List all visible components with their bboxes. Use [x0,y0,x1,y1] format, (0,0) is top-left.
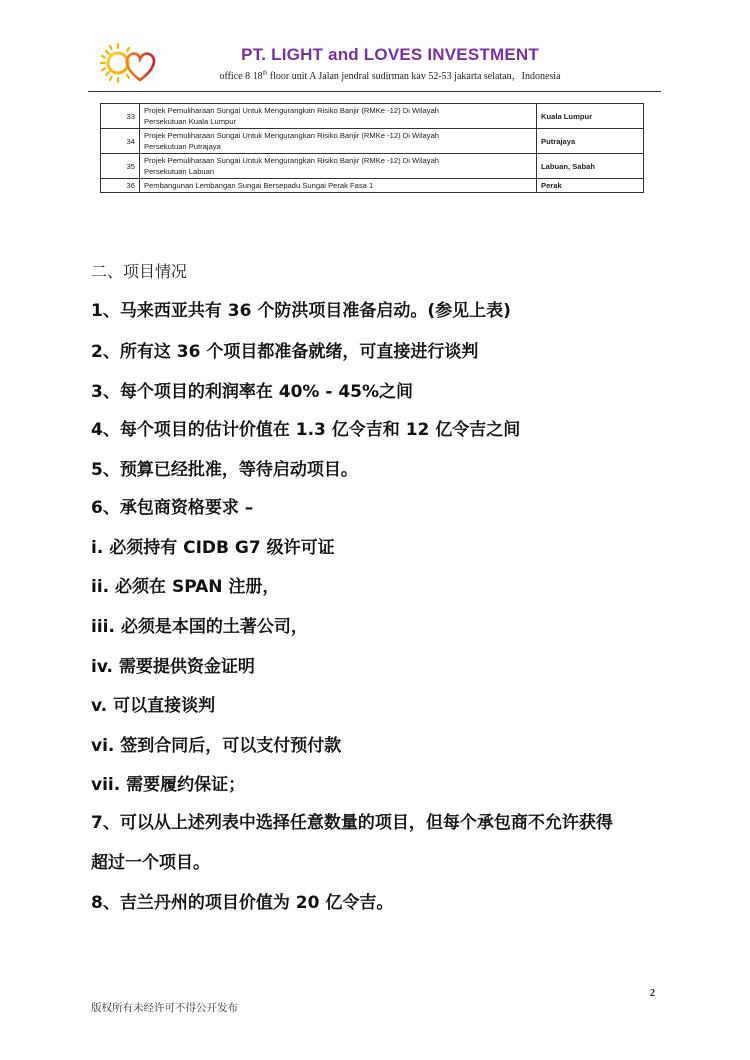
row-description: Projek Pemuliharaan Sungai Untuk Mengura… [140,129,537,154]
row-location: Perak [537,179,644,193]
row-number: 35 [101,154,140,179]
company-name: PT. LIGHT and LOVES INVESTMENT [190,45,590,65]
list-item: v. 可以直接谈判 [91,691,215,716]
copyright-notice: 版权所有未经许可不得公开发布 [91,1000,238,1015]
list-item: iv. 需要提供资金证明 [91,652,255,677]
list-item: vi. 签到合同后，可以支付预付款 [91,731,341,756]
company-address: office 8 18th floor unit A Jalan jendral… [190,67,590,82]
company-header: PT. LIGHT and LOVES INVESTMENT office 8 … [190,45,590,82]
table-row: 33 Projek Pemuliharaan Sungai Untuk Meng… [101,104,644,129]
list-item: 7、可以从上述列表中选择任意数量的项目，但每个承包商不允许获得 [91,808,613,833]
row-description: Pembangunan Lembangan Sungai Bersepadu S… [140,179,537,193]
row-description: Projek Pemuliharaan Sungai Untuk Mengura… [140,104,537,129]
list-item: 5、预算已经批准，等待启动项目。 [91,455,358,480]
list-item: 3、每个项目的利润率在 40% - 45%之间 [91,377,413,402]
table-row: 35 Projek Pemuliharaan Sungai Untuk Meng… [101,154,644,179]
list-item: 1、马来西亚共有 36 个防洪项目准备启动。(参见上表) [91,296,511,321]
row-number: 36 [101,179,140,193]
list-item: 4、每个项目的估计价值在 1.3 亿令吉和 12 亿令吉之间 [91,415,520,440]
table-row: 34 Projek Pemuliharaan Sungai Untuk Meng… [101,129,644,154]
list-item: ii. 必须在 SPAN 注册， [91,572,279,597]
page-number: 2 [650,988,655,999]
section-title: 二、项目情况 [91,259,187,282]
project-table: 33 Projek Pemuliharaan Sungai Untuk Meng… [100,103,644,193]
list-item: 6、承包商资格要求 – [91,493,253,518]
row-location: Labuan, Sabah [537,154,644,179]
list-item: 8、吉兰丹州的项目价值为 20 亿令吉。 [91,888,393,913]
row-location: Putrajaya [537,129,644,154]
header-divider [88,91,661,92]
sun-heart-logo-icon [96,40,162,86]
list-item: vii. 需要履约保证； [91,770,245,795]
list-item: 超过一个项目。 [91,848,210,873]
row-description: Projek Pemuliharaan Sungai Untuk Mengura… [140,154,537,179]
row-number: 34 [101,129,140,154]
list-item: i. 必须持有 CIDB G7 级许可证 [91,533,335,558]
list-item: 2、所有这 36 个项目都准备就绪，可直接进行谈判 [91,337,478,362]
row-location: Kuala Lumpur [537,104,644,129]
row-number: 33 [101,104,140,129]
table-row: 36 Pembangunan Lembangan Sungai Bersepad… [101,179,644,193]
list-item: iii. 必须是本国的土著公司， [91,612,308,637]
